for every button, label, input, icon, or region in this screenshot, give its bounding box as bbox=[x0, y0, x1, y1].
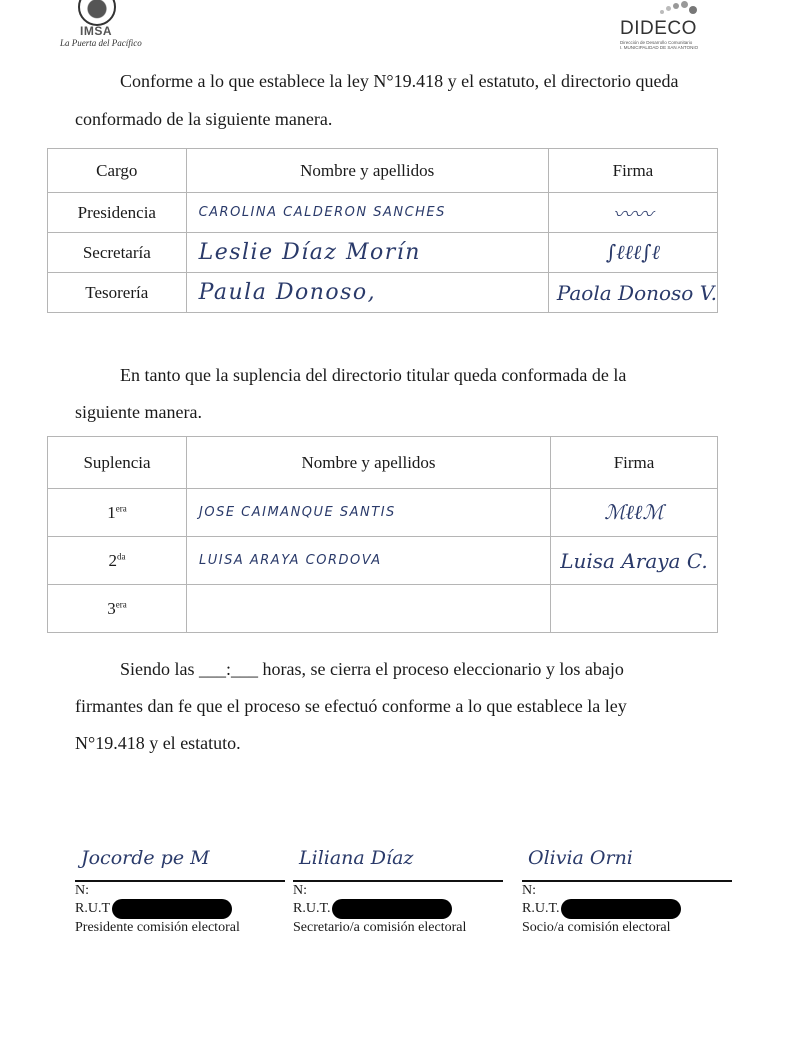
name-label: N: bbox=[75, 882, 285, 899]
directorio-table: Cargo Nombre y apellidos Firma Presidenc… bbox=[47, 148, 718, 313]
suplencia-table: Suplencia Nombre y apellidos Firma 1era … bbox=[47, 436, 718, 633]
rut-row: R.U.T. bbox=[522, 899, 732, 919]
header-firma: Firma bbox=[551, 437, 718, 489]
cargo-cell: Tesorería bbox=[48, 273, 187, 313]
signature-block-secretario: Liliana Díaz N: R.U.T. Secretario/a comi… bbox=[293, 850, 503, 936]
redaction-bar bbox=[332, 899, 452, 919]
table-header-row: Cargo Nombre y apellidos Firma bbox=[48, 149, 718, 193]
name-label: N: bbox=[293, 882, 503, 899]
signature-scribble: 〰〰 bbox=[613, 202, 653, 226]
role-label: Secretario/a comisión electoral bbox=[293, 919, 503, 936]
firma-cell: ∫ℓℓℓ∫ℓ bbox=[548, 233, 717, 273]
imsa-emblem-icon bbox=[78, 0, 116, 26]
intro-line-1: Conforme a lo que establece la ley N°19.… bbox=[75, 62, 715, 100]
table-row: Presidencia CAROLINA CALDERON SANCHES 〰〰 bbox=[48, 193, 718, 233]
imsa-logo-text: IMSA bbox=[80, 24, 112, 38]
dideco-subtitle: Dirección de Desarrollo Comunitario I. M… bbox=[620, 40, 698, 50]
nombre-cell: JOSE CAIMANQUE SANTIS bbox=[187, 489, 551, 537]
signature-block-socio: Olivia Orni N: R.U.T. Socio/a comisión e… bbox=[522, 850, 732, 936]
role-label: Presidente comisión electoral bbox=[75, 919, 285, 936]
cargo-cell: Secretaría bbox=[48, 233, 187, 273]
table-row: Secretaría Leslie Díaz Morín ∫ℓℓℓ∫ℓ bbox=[48, 233, 718, 273]
table-row: 3era bbox=[48, 585, 718, 633]
header-firma: Firma bbox=[548, 149, 717, 193]
header-nombre: Nombre y apellidos bbox=[186, 149, 548, 193]
firma-cell bbox=[551, 585, 718, 633]
suplencia-intro-line-1: En tanto que la suplencia del directorio… bbox=[75, 356, 715, 394]
nombre-cell: CAROLINA CALDERON SANCHES bbox=[186, 193, 548, 233]
nombre-cell: Paula Donoso, bbox=[186, 273, 548, 313]
firma-cell: ℳℓℓℳ bbox=[551, 489, 718, 537]
rut-row: R.U.T. bbox=[293, 899, 503, 919]
dideco-dots-icon bbox=[658, 0, 698, 18]
name-label: N: bbox=[522, 882, 732, 899]
suplencia-cell: 1era bbox=[48, 489, 187, 537]
signature-scrawl: Jocorde pe M bbox=[75, 850, 285, 878]
header-nombre: Nombre y apellidos bbox=[187, 437, 551, 489]
firma-cell: 〰〰 bbox=[548, 193, 717, 233]
signature-scrawl: Liliana Díaz bbox=[293, 850, 503, 878]
nombre-cell: LUISA ARAYA CORDOVA bbox=[187, 537, 551, 585]
closing-line-3: N°19.418 y el estatuto. bbox=[75, 724, 715, 762]
table-row: 1era JOSE CAIMANQUE SANTIS ℳℓℓℳ bbox=[48, 489, 718, 537]
rut-row: R.U.T bbox=[75, 899, 285, 919]
suplencia-intro-line-2: siguiente manera. bbox=[75, 393, 715, 431]
dideco-logo-text: DIDECO bbox=[620, 18, 697, 40]
suplencia-cell: 2da bbox=[48, 537, 187, 585]
signature-block-presidente: Jocorde pe M N: R.U.T Presidente comisió… bbox=[75, 850, 285, 936]
suplencia-cell: 3era bbox=[48, 585, 187, 633]
redaction-bar bbox=[112, 899, 232, 919]
header-cargo: Cargo bbox=[48, 149, 187, 193]
nombre-cell bbox=[187, 585, 551, 633]
closing-line-1: Siendo las ___:___ horas, se cierra el p… bbox=[75, 650, 715, 688]
nombre-cell: Leslie Díaz Morín bbox=[186, 233, 548, 273]
redaction-bar bbox=[561, 899, 681, 919]
signature-scribble: ∫ℓℓℓ∫ℓ bbox=[606, 240, 660, 264]
intro-line-2: conformado de la siguiente manera. bbox=[75, 100, 715, 138]
role-label: Socio/a comisión electoral bbox=[522, 919, 732, 936]
firma-cell: Luisa Araya C. bbox=[551, 537, 718, 585]
table-header-row: Suplencia Nombre y apellidos Firma bbox=[48, 437, 718, 489]
firma-cell: Paola Donoso V. bbox=[548, 273, 717, 313]
header-suplencia: Suplencia bbox=[48, 437, 187, 489]
dideco-logo: DIDECO Dirección de Desarrollo Comunitar… bbox=[618, 0, 708, 62]
cargo-cell: Presidencia bbox=[48, 193, 187, 233]
table-row: Tesorería Paula Donoso, Paola Donoso V. bbox=[48, 273, 718, 313]
signature-scrawl: Olivia Orni bbox=[522, 850, 732, 878]
signature-text: Luisa Araya C. bbox=[560, 549, 708, 573]
signature-text: Paola Donoso V. bbox=[557, 281, 717, 305]
imsa-tagline: La Puerta del Pacífico bbox=[60, 38, 142, 48]
table-row: 2da LUISA ARAYA CORDOVA Luisa Araya C. bbox=[48, 537, 718, 585]
imsa-logo: IMSA La Puerta del Pacífico bbox=[58, 0, 138, 62]
signature-scribble: ℳℓℓℳ bbox=[604, 500, 663, 524]
closing-line-2: firmantes dan fe que el proceso se efect… bbox=[75, 687, 715, 725]
